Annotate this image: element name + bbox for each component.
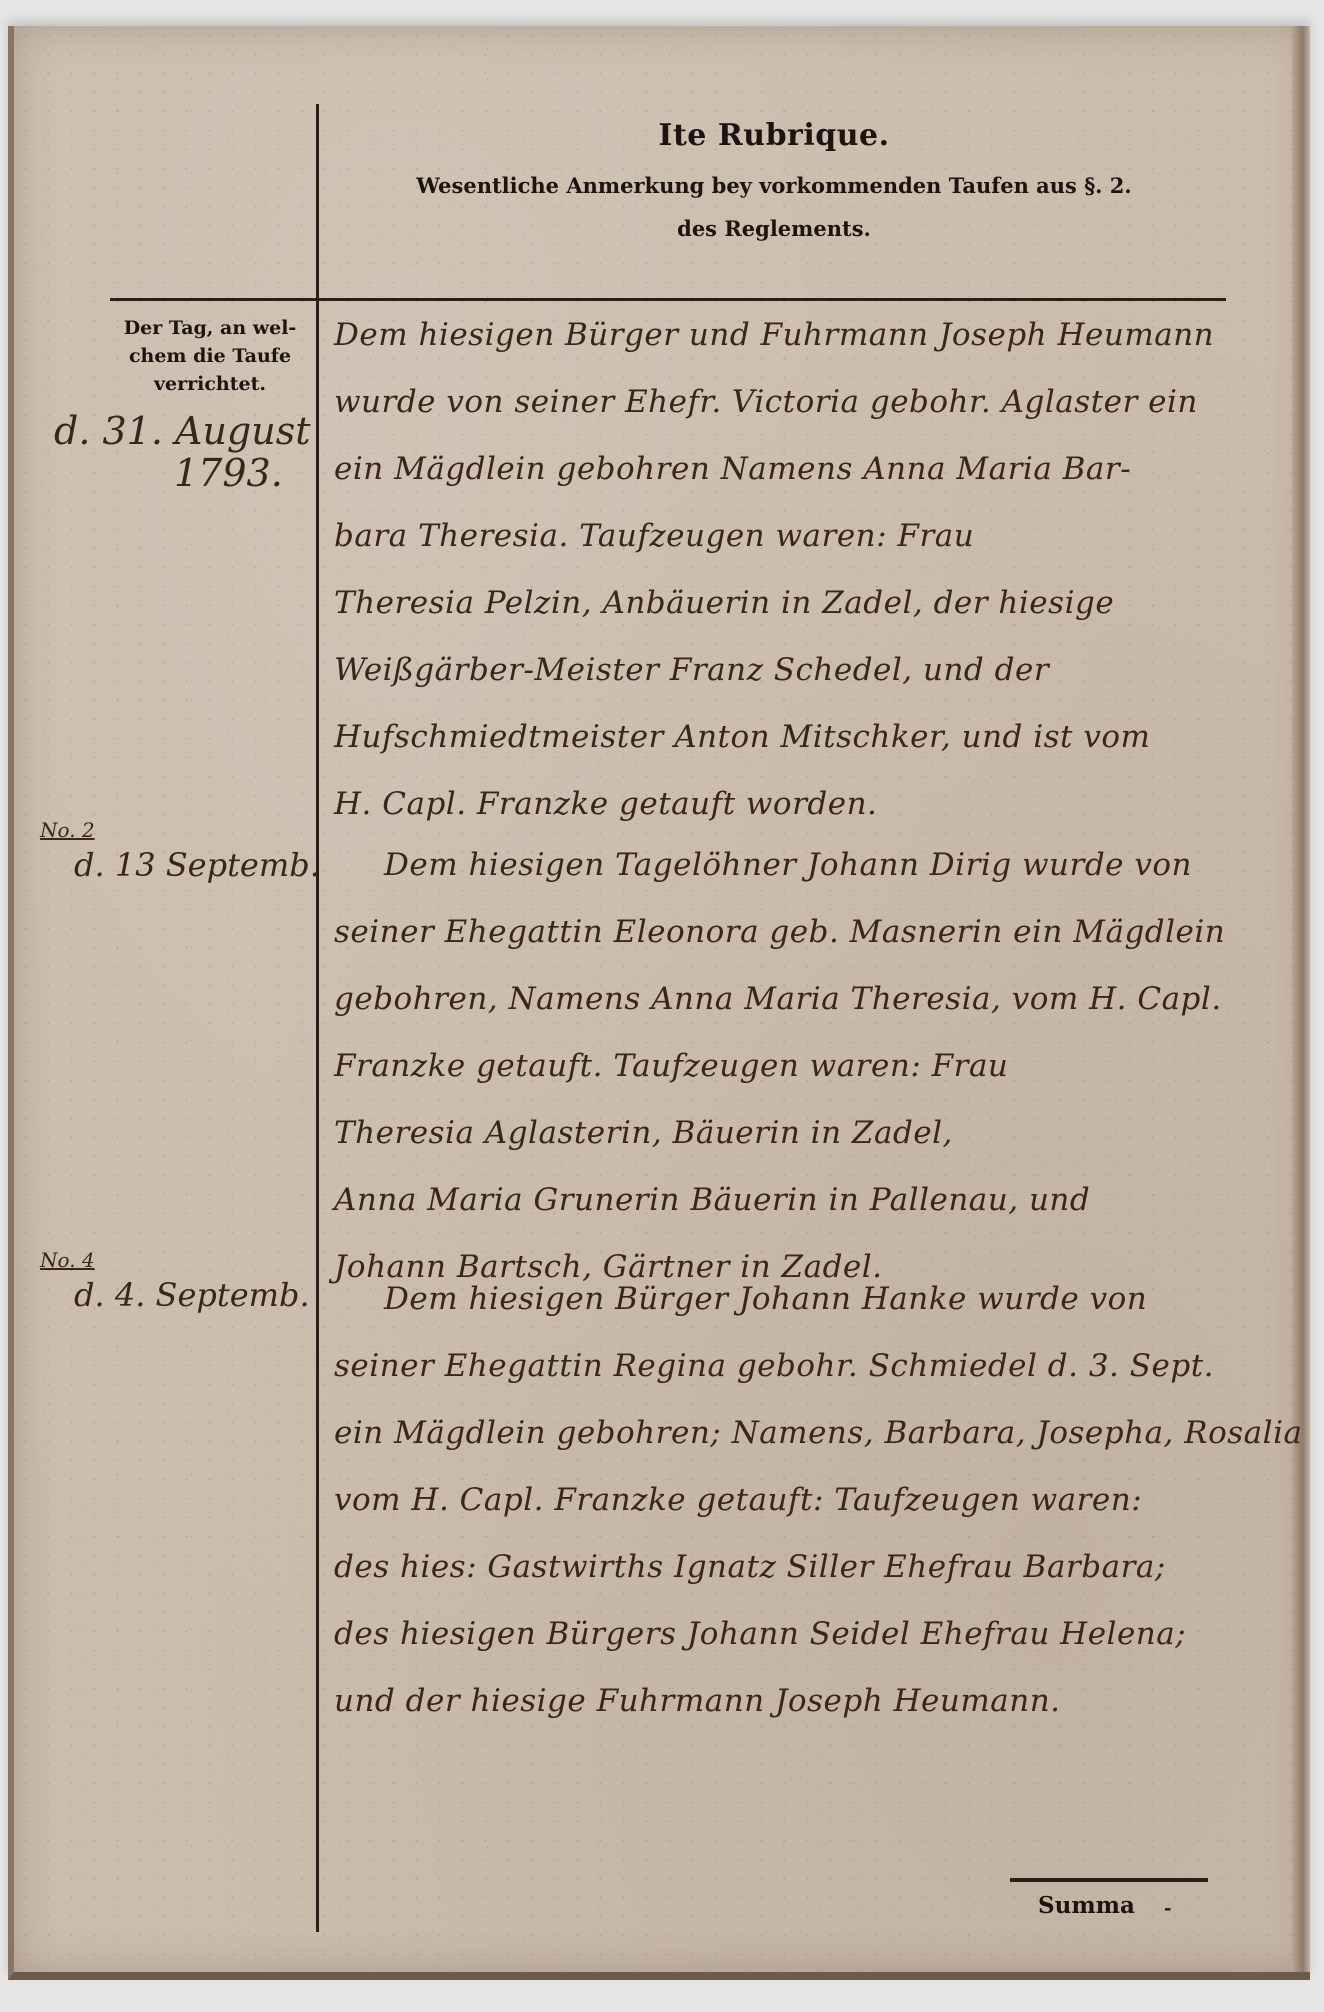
entry-2-date: d. 13 Septemb. [74,844,320,886]
summa-label: Summa [1038,1892,1135,1919]
rubric-subtitle-line1: Wesentliche Anmerkung bey vorkommenden T… [324,173,1224,198]
remark-line: Anna Maria Grunerin Bäuerin in Pallenau,… [334,1167,1314,1234]
page-heading: Ite Rubrique. Wesentliche Anmerkung bey … [324,118,1224,241]
summa-rule [1010,1878,1208,1882]
date-column-header: Der Tag, an wel- chem die Taufe verricht… [110,314,310,398]
remark-line: Theresia Aglasterin, Bäuerin in Zadel, [334,1100,1314,1167]
summa-value: - [1164,1898,1171,1919]
date-text: d. 4. Septemb. [74,1274,310,1316]
remark-line: Dem hiesigen Tagelöhner Johann Dirig wur… [334,832,1314,899]
remark-line: bara Theresia. Taufzeugen waren: Frau [334,503,1314,570]
register-page: Ite Rubrique. Wesentliche Anmerkung bey … [8,26,1310,1980]
date-header-line: chem die Taufe [110,342,310,370]
date-header-line: verrichtet. [110,370,310,398]
remark-line: des hiesigen Bürgers Johann Seidel Ehefr… [334,1601,1314,1668]
remark-line: wurde von seiner Ehefr. Victoria gebohr.… [334,369,1314,436]
remark-line: ein Mägdlein gebohren Namens Anna Maria … [334,436,1314,503]
remark-line: Dem hiesigen Bürger Johann Hanke wurde v… [334,1266,1314,1333]
remark-line: gebohren, Namens Anna Maria Theresia, vo… [334,966,1314,1033]
entry-1-remark: Dem hiesigen Bürger und Fuhrmann Joseph … [334,302,1314,838]
entry-1-date: d. 31. August 1793. [54,410,310,494]
remark-line: Theresia Pelzin, Anbäuerin in Zadel, der… [334,570,1314,637]
entry-2-remark: Dem hiesigen Tagelöhner Johann Dirig wur… [334,832,1314,1301]
date-text: d. 13 Septemb. [74,844,320,886]
date-text: d. 31. August [54,410,310,452]
entry-3-number: No. 4 [40,1248,95,1272]
entry-3-remark: Dem hiesigen Bürger Johann Hanke wurde v… [334,1266,1314,1735]
rubric-title: Ite Rubrique. [324,118,1224,153]
remark-line: seiner Ehegattin Eleonora geb. Masnerin … [334,899,1314,966]
remark-line: vom H. Capl. Franzke getauft: Taufzeugen… [334,1467,1314,1534]
header-rule [110,298,1226,301]
remark-line: H. Capl. Franzke getauft worden. [334,771,1314,838]
remark-line: Hufschmiedtmeister Anton Mitschker, und … [334,704,1314,771]
date-header-line: Der Tag, an wel- [110,314,310,342]
column-divider [316,104,319,1932]
remark-line: Dem hiesigen Bürger und Fuhrmann Joseph … [334,302,1314,369]
remark-line: Franzke getauft. Taufzeugen waren: Frau [334,1033,1314,1100]
remark-line: seiner Ehegattin Regina gebohr. Schmiede… [334,1333,1314,1400]
entry-3-date: d. 4. Septemb. [74,1274,310,1316]
entry-2-number: No. 2 [40,818,95,842]
remark-line: Weißgärber-Meister Franz Schedel, und de… [334,637,1314,704]
remark-line: ein Mägdlein gebohren; Namens, Barbara, … [334,1400,1314,1467]
year-text: 1793. [54,452,310,494]
rubric-subtitle-line2: des Reglements. [324,216,1224,241]
remark-line: und der hiesige Fuhrmann Joseph Heumann. [334,1668,1314,1735]
remark-line: des hies: Gastwirths Ignatz Siller Ehefr… [334,1534,1314,1601]
